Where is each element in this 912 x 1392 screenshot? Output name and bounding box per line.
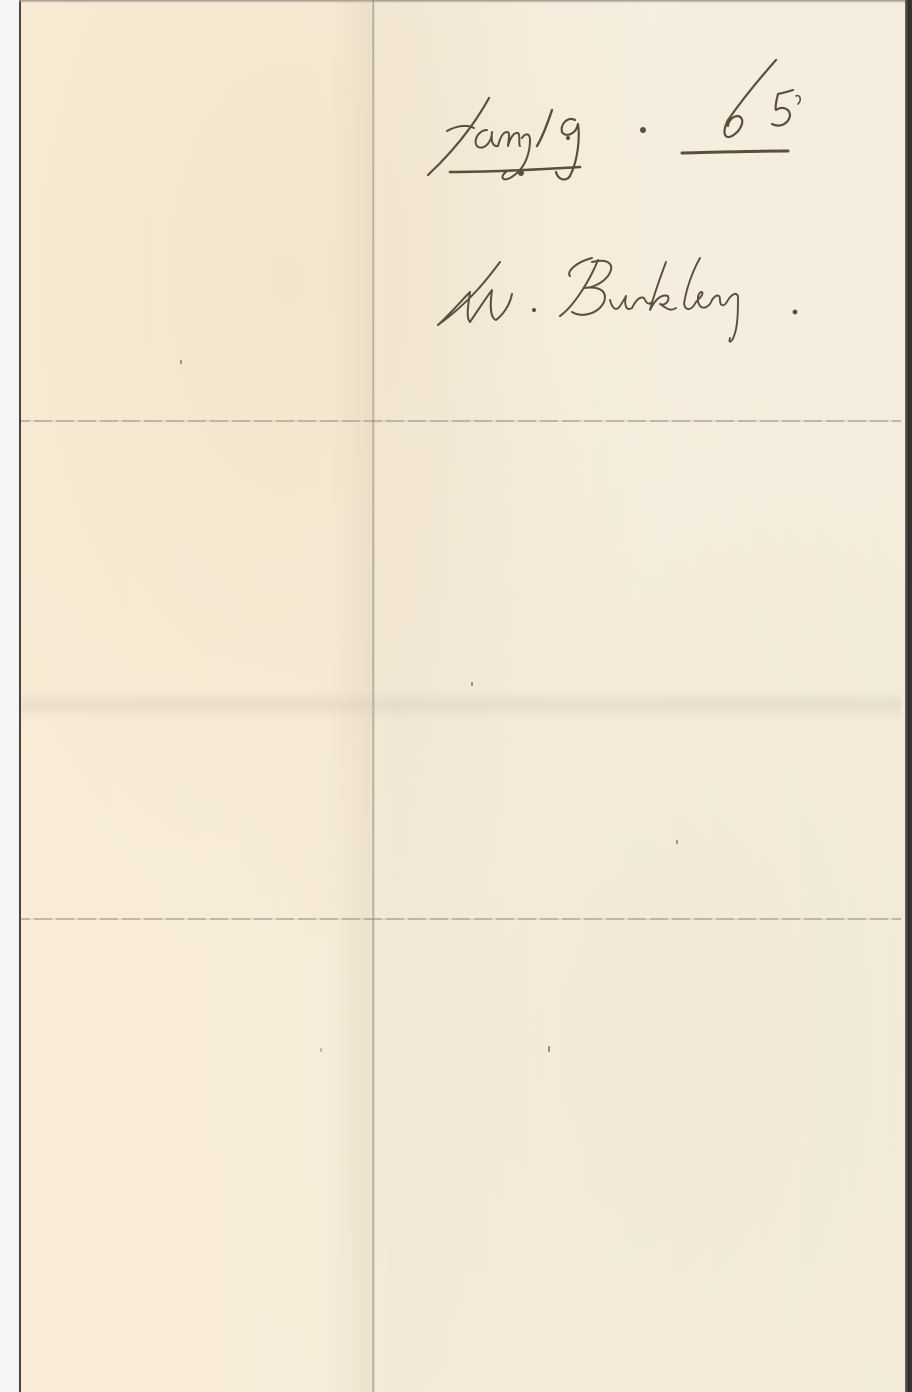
horizontal-fold-crease-middle: [21, 690, 901, 720]
horizontal-fold-crease-lower: [21, 918, 901, 920]
horizontal-fold-crease-upper: [21, 420, 901, 422]
paper-speck: [471, 682, 473, 686]
paper-right-edge: [905, 0, 912, 1392]
paper-speck: [676, 840, 678, 844]
scanned-page: Jany 19. 65 W. Burkley.: [0, 0, 912, 1392]
paper-top-edge: [19, 0, 906, 3]
paper-speck: [548, 1046, 550, 1052]
paper-speck: [320, 1048, 322, 1052]
paper-speck: [180, 360, 182, 364]
